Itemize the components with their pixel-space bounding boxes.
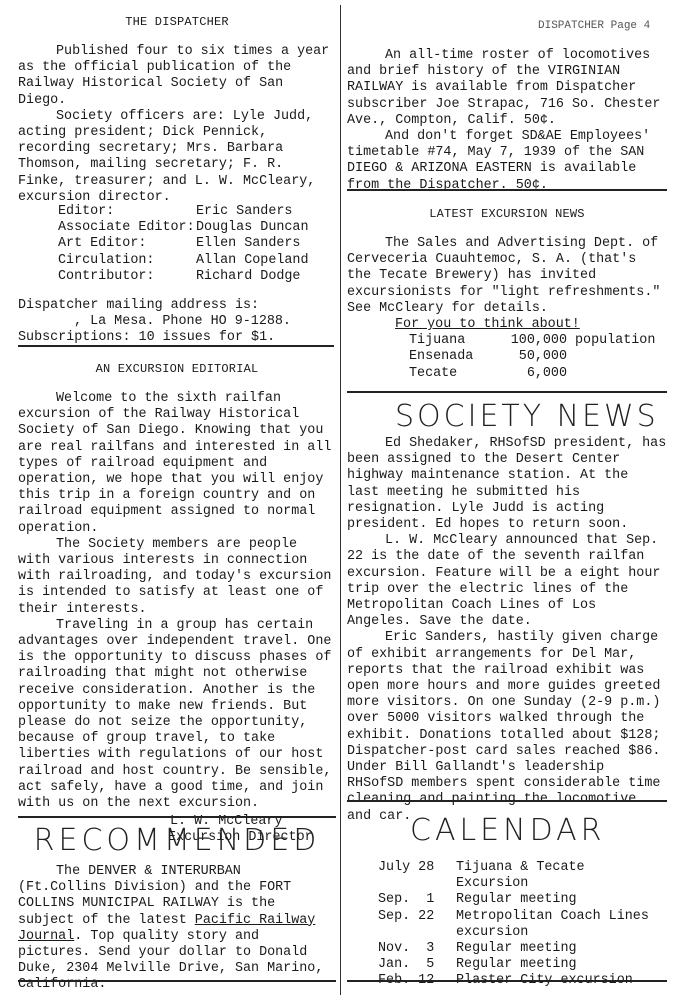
- staff-row: Contributor:Richard Dodge: [58, 269, 309, 285]
- calendar-row: Sep. 22Metropolitan Coach Lines excursio…: [378, 909, 656, 941]
- staff-role: Contributor:: [58, 269, 196, 285]
- event-date: Sep. 22: [378, 909, 456, 941]
- intro-section: Published four to six times a year as th…: [18, 44, 336, 206]
- population-label: population: [567, 333, 655, 349]
- editorial-paragraph: Welcome to the sixth railfan excursion o…: [18, 391, 336, 537]
- section-rule: [347, 800, 667, 802]
- section-rule: [347, 980, 667, 982]
- editorial-heading: AN EXCURSION EDITORIAL: [18, 361, 336, 377]
- staff-list: Editor:Eric Sanders Associate Editor:Dou…: [58, 204, 309, 285]
- staff-name: Ellen Sanders: [196, 236, 309, 252]
- staff-name: Douglas Duncan: [196, 220, 309, 236]
- section-rule: [347, 391, 667, 393]
- editorial-paragraph: The Society members are people with vari…: [18, 537, 336, 618]
- city-name: Ensenada: [409, 349, 497, 365]
- event-date: July 28: [378, 860, 456, 892]
- staff-row: Circulation:Allan Copeland: [58, 253, 309, 269]
- population-row: Tecate6,000: [409, 366, 655, 382]
- calendar-heading: CALENDAR: [410, 814, 691, 848]
- staff-row: Art Editor:Ellen Sanders: [58, 236, 309, 252]
- staff-role: Art Editor:: [58, 236, 196, 252]
- event-name: Regular meeting: [456, 941, 656, 957]
- city-name: Tijuana: [409, 333, 497, 349]
- excursion-news-body: The Sales and Advertising Dept. of Cerve…: [347, 236, 667, 382]
- event-name: Tijuana & Tecate Excursion: [456, 860, 656, 892]
- news-paragraph: Eric Sanders, hastily given charge of ex…: [347, 630, 667, 824]
- calendar-row: Sep. 1Regular meeting: [378, 892, 656, 908]
- population-value: 6,000: [497, 366, 567, 382]
- population-table: Tijuana100,000population Ensenada50,000 …: [409, 333, 655, 382]
- intro-paragraph: Published four to six times a year as th…: [18, 44, 336, 109]
- staff-role: Circulation:: [58, 253, 196, 269]
- staff-role: Associate Editor:: [58, 220, 196, 236]
- staff-row: Editor:Eric Sanders: [58, 204, 309, 220]
- column-divider: [340, 5, 341, 995]
- roster-section: An all-time roster of locomotives and br…: [347, 48, 667, 194]
- mailing-label: Dispatcher mailing address is:: [18, 298, 336, 314]
- section-rule: [18, 980, 336, 982]
- roster-paragraph: An all-time roster of locomotives and br…: [347, 48, 667, 129]
- excursion-news-paragraph: The Sales and Advertising Dept. of Cerve…: [347, 236, 667, 317]
- editorial-paragraph: Traveling in a group has certain advanta…: [18, 618, 336, 812]
- event-date: Nov. 3: [378, 941, 456, 957]
- news-paragraph: L. W. McCleary announced that Sep. 22 is…: [347, 533, 667, 630]
- calendar-row: Nov. 3Regular meeting: [378, 941, 656, 957]
- population-row: Tijuana100,000population: [409, 333, 655, 349]
- staff-name: Richard Dodge: [196, 269, 309, 285]
- excursion-news-heading: LATEST EXCURSION NEWS: [347, 206, 667, 222]
- city-name: Tecate: [409, 366, 497, 382]
- society-news-body: Ed Shedaker, RHSofSD president, has been…: [347, 436, 667, 825]
- staff-name: Allan Copeland: [196, 253, 309, 269]
- population-row: Ensenada50,000: [409, 349, 655, 365]
- event-date: Jan. 5: [378, 957, 456, 973]
- editorial-body: Welcome to the sixth railfan excursion o…: [18, 391, 336, 847]
- staff-name: Eric Sanders: [196, 204, 309, 220]
- mailing-section: Dispatcher mailing address is: , La Mesa…: [18, 298, 336, 347]
- society-news-heading: SOCIETY NEWS: [395, 400, 691, 434]
- page-header: DISPATCHER Page 4: [538, 18, 650, 34]
- calendar-list: July 28Tijuana & Tecate Excursion Sep. 1…: [378, 860, 656, 990]
- officers-paragraph: Society officers are: Lyle Judd, acting …: [18, 109, 336, 206]
- section-rule: [18, 345, 334, 347]
- calendar-row: Jan. 5Regular meeting: [378, 957, 656, 973]
- mailing-address: , La Mesa. Phone HO 9-1288.: [18, 314, 336, 330]
- recommended-body: The DENVER & INTERURBAN (Ft.Collins Divi…: [18, 864, 336, 994]
- staff-row: Associate Editor:Douglas Duncan: [58, 220, 309, 236]
- population-value: 50,000: [497, 349, 567, 365]
- timetable-paragraph: And don't forget SD&AE Employees' timeta…: [347, 129, 667, 194]
- event-name: Regular meeting: [456, 957, 656, 973]
- section-rule: [18, 816, 336, 818]
- section-rule: [347, 189, 667, 191]
- newsletter-page: THE DISPATCHER Published four to six tim…: [0, 0, 691, 1000]
- think-about: For you to think about!: [347, 317, 667, 333]
- event-name: Regular meeting: [456, 892, 656, 908]
- recommended-heading: RECOMMENDED: [18, 824, 336, 858]
- staff-role: Editor:: [58, 204, 196, 220]
- event-date: Sep. 1: [378, 892, 456, 908]
- population-value: 100,000: [497, 333, 567, 349]
- news-paragraph: Ed Shedaker, RHSofSD president, has been…: [347, 436, 667, 533]
- event-name: Metropolitan Coach Lines excursion: [456, 909, 656, 941]
- masthead: THE DISPATCHER: [18, 14, 336, 30]
- calendar-row: July 28Tijuana & Tecate Excursion: [378, 860, 656, 892]
